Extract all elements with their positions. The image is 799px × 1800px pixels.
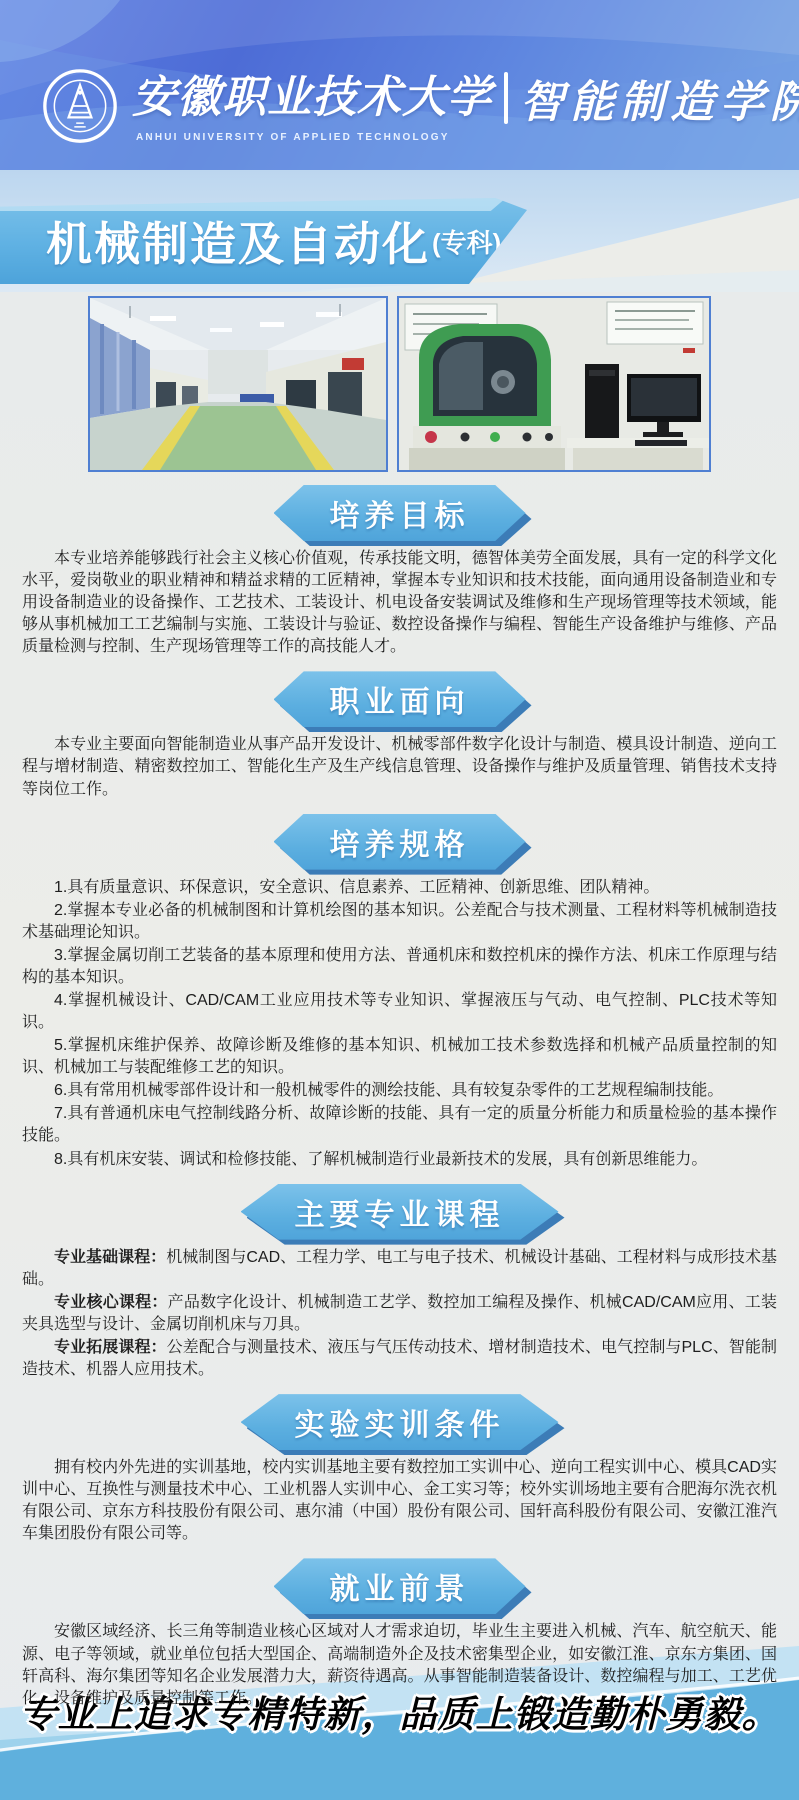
header-banner: 安徽职业技术大学 智能制造学院 ANHUI UNIVERSITY OF APPL… — [0, 0, 799, 170]
cnc-workshop-photo — [88, 296, 388, 472]
course-group-label: 专业拓展课程： — [54, 1339, 167, 1356]
list-item: 3.掌握金属切削工艺装备的基本原理和使用方法、普通机床和数控机床的操作方法、机床… — [22, 945, 777, 989]
paragraph: 安徽区域经济、长三角等制造业核心区域对人才需求迫切，毕业生主要进入机械、汽车、航… — [22, 1621, 777, 1709]
brand-divider — [504, 72, 508, 124]
university-seal-icon — [42, 68, 118, 144]
university-name-english: ANHUI UNIVERSITY OF APPLIED TECHNOLOGY — [136, 132, 799, 143]
degree-level: (专科) — [432, 223, 501, 260]
program-poster: 安徽职业技术大学 智能制造学院 ANHUI UNIVERSITY OF APPL… — [0, 0, 799, 1800]
course-group: 专业基础课程：机械制图与CAD、工程力学、电工与电子技术、机械设计基础、工程材料… — [22, 1247, 777, 1291]
section-heading-training-objectives: 培养目标 — [274, 485, 526, 541]
list-item: 1.具有质量意识、环保意识，安全意识、信息素养、工匠精神、创新思维、团队精神。 — [22, 877, 777, 899]
section-heading-label: 职业面向 — [274, 671, 526, 727]
list-item: 5.掌握机床维护保养、故障诊断及维修的基本知识、机械加工技术参数选择和机械产品质… — [22, 1035, 777, 1079]
major-title-banner: 机械制造及自动化 (专科) — [0, 198, 527, 284]
paragraph: 本专业培养能够践行社会主义核心价值观，传承技能文明，德智体美劳全面发展，具有一定… — [22, 548, 777, 658]
section-heading-label: 就业前景 — [274, 1558, 526, 1614]
list-item: 7.具有普通机床电气控制线路分析、故障诊断的技能、具有一定的质量分析能力和质量检… — [22, 1103, 777, 1147]
training-objectives-text: 本专业培养能够践行社会主义核心价值观，传承技能文明，德智体美劳全面发展，具有一定… — [0, 548, 799, 658]
machine-lab-photo — [397, 296, 711, 472]
training-specifications-list: 1.具有质量意识、环保意识，安全意识、信息素养、工匠精神、创新思维、团队精神。 … — [0, 877, 799, 1171]
list-item: 4.掌握机械设计、CAD/CAM工业应用技术等专业知识、掌握液压与气动、电气控制… — [22, 990, 777, 1034]
employment-prospects-text: 安徽区域经济、长三角等制造业核心区域对人才需求迫切，毕业生主要进入机械、汽车、航… — [0, 1621, 799, 1709]
section-heading-main-courses: 主要专业课程 — [241, 1184, 559, 1240]
course-group: 专业拓展课程：公差配合与测量技术、液压与气压传动技术、增材制造技术、电气控制与P… — [22, 1337, 777, 1381]
course-group-label: 专业核心课程： — [54, 1294, 168, 1311]
list-item: 2.掌握本专业必备的机械制图和计算机绘图的基本知识。公差配合与技术测量、工程材料… — [22, 900, 777, 944]
university-name: 安徽职业技术大学 — [132, 75, 492, 121]
college-name: 智能制造学院 — [520, 66, 799, 130]
university-brand: 安徽职业技术大学 智能制造学院 ANHUI UNIVERSITY OF APPL… — [42, 66, 799, 144]
section-heading-label: 实验实训条件 — [241, 1394, 559, 1450]
main-courses-text: 专业基础课程：机械制图与CAD、工程力学、电工与电子技术、机械设计基础、工程材料… — [0, 1247, 799, 1381]
course-group: 专业核心课程：产品数字化设计、机械制造工艺学、数控加工编程及操作、机械CAD/C… — [22, 1292, 777, 1336]
section-heading-training-facilities: 实验实训条件 — [241, 1394, 559, 1450]
section-heading-training-specifications: 培养规格 — [274, 814, 526, 870]
career-orientation-text: 本专业主要面向智能制造业从事产品开发设计、机械零部件数字化设计与制造、模具设计制… — [0, 734, 799, 800]
list-item: 8.具有机床安装、调试和检修技能、了解机械制造行业最新技术的发展，具有创新思维能… — [22, 1149, 777, 1171]
list-item: 6.具有常用机械零部件设计和一般机械零件的测绘技能、具有较复杂零件的工艺规程编制… — [22, 1080, 777, 1102]
hero-band: 机械制造及自动化 (专科) — [0, 170, 799, 292]
training-facilities-text: 拥有校内外先进的实训基地，校内实训基地主要有数控加工实训中心、逆向工程实训中心、… — [0, 1457, 799, 1545]
paragraph: 本专业主要面向智能制造业从事产品开发设计、机械零部件数字化设计与制造、模具设计制… — [22, 734, 777, 800]
paragraph: 拥有校内外先进的实训基地，校内实训基地主要有数控加工实训中心、逆向工程实训中心、… — [22, 1457, 777, 1545]
section-heading-label: 培养规格 — [274, 814, 526, 870]
course-group-label: 专业基础课程： — [54, 1249, 166, 1266]
section-heading-career-orientation: 职业面向 — [274, 671, 526, 727]
major-name: 机械制造及自动化 — [46, 208, 430, 274]
photo-row — [0, 296, 799, 472]
section-heading-label: 培养目标 — [274, 485, 526, 541]
section-heading-employment-prospects: 就业前景 — [274, 1558, 526, 1614]
section-heading-label: 主要专业课程 — [241, 1184, 559, 1240]
